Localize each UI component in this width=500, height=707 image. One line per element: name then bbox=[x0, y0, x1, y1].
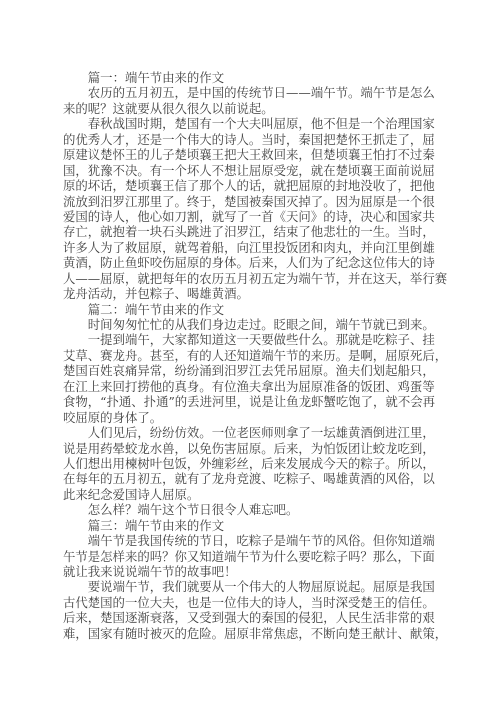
section-heading: 篇一：端午节由来的作文 bbox=[63, 70, 437, 85]
text-line: 午节是怎样来的吗？你又知道端午节为什么要吃粽子吗？那么，下面 bbox=[63, 549, 437, 564]
text-line: 在江上来回打捞他的真身。有位渔夫拿出为屈原准备的饭团、鸡蛋等 bbox=[63, 379, 437, 394]
section-heading: 篇二：端午节由来的作文 bbox=[63, 302, 437, 317]
text-line: 此来纪念爱国诗人屈原。 bbox=[63, 487, 437, 502]
text-line: 难，国家有随时被灭的危险。屈原非常焦虑，不断向楚王献计、献策， bbox=[63, 626, 437, 641]
text-line: 存亡，就抱着一块石头跳进了汨罗江，结束了他悲壮的一生。当时， bbox=[63, 224, 437, 239]
text-line: 艾草、赛龙舟。甚至，有的人还知道端午节的来历。是啊，屈原死后， bbox=[63, 348, 437, 363]
text-line: 后来，楚国逐渐衰落，又受到强大的秦国的侵犯，人民生活非常的艰 bbox=[63, 610, 437, 625]
text-line: 怎么样？端午这个节日很令人难忘吧。 bbox=[63, 502, 437, 517]
text-line: 农历的五月初五，是中国的传统节日——端午节。端午节是怎么 bbox=[63, 85, 437, 100]
text-line: 来的呢？这就要从很久很久以前说起。 bbox=[63, 101, 437, 116]
section-heading: 篇三：端午节由来的作文 bbox=[63, 518, 437, 533]
text-line: 人——屈原，就把每年的农历五月初五定为端午节，并在这天，举行赛 bbox=[63, 271, 437, 286]
text-line: 要说端午节，我们就要从一个伟大的人物屈原说起。屈原是我国 bbox=[63, 579, 437, 594]
document-body: 篇一：端午节由来的作文农历的五月初五，是中国的传统节日——端午节。端午节是怎么来… bbox=[63, 70, 437, 641]
text-line: 咬屈原的身体了。 bbox=[63, 410, 437, 425]
text-line: 说是用药晕蛟龙水兽，以免伤害屈原。后来，为怕饭团让蛟龙吃到， bbox=[63, 441, 437, 456]
text-line: 原的坏话，楚顷襄王信了那个人的话，就把屈原的封地没收了，把他 bbox=[63, 178, 437, 193]
text-line: 春秋战国时期，楚国有一个大夫叫屈原，他不但是一个治理国家 bbox=[63, 116, 437, 131]
text-line: 许多人为了救屈原，就驾着船，向江里投饭团和肉丸，并向江里倒雄 bbox=[63, 240, 437, 255]
text-line: 原建议楚怀王的儿子楚顷襄王把大王救回来，但楚顷襄王怕打不过秦 bbox=[63, 147, 437, 162]
text-line: 在每年的五月初五，就有了龙舟竞渡、吃粽子、喝雄黄酒的风俗，以 bbox=[63, 471, 437, 486]
text-line: 古代楚国的一位大夫，也是一位伟大的诗人，当时深受楚王的信任。 bbox=[63, 595, 437, 610]
text-line: 时间匆匆忙忙的从我们身边走过。眨眼之间，端午节就已到来。 bbox=[63, 317, 437, 332]
text-line: 一提到端午，大家都知道这一天要做些什么。那就是吃粽子、挂 bbox=[63, 332, 437, 347]
text-line: 端午节是我国传统的节日，吃粽子是端午节的风俗。但你知道端 bbox=[63, 533, 437, 548]
text-line: 黄酒，防止鱼虾咬伤屈原的身体。后来，人们为了纪念这位伟大的诗 bbox=[63, 255, 437, 270]
text-line: 国，犹豫不决。有一个坏人不想让屈原受宠，就在楚顷襄王面前说屈 bbox=[63, 163, 437, 178]
document-page: 篇一：端午节由来的作文农历的五月初五，是中国的传统节日——端午节。端午节是怎么来… bbox=[0, 0, 500, 707]
text-line: 人们见后，纷纷仿效。一位老医师则拿了一坛雄黄酒倒进江里， bbox=[63, 425, 437, 440]
text-line: 楚国百姓哀痛异常，纷纷涌到汨罗江去凭吊屈原。渔夫们划起船只， bbox=[63, 363, 437, 378]
text-line: 人们想出用楝树叶包饭，外缠彩丝，后来发展成今天的粽子。所以， bbox=[63, 456, 437, 471]
text-line: 爱国的诗人，他心如刀割，就写了一首《天问》的诗，决心和国家共 bbox=[63, 209, 437, 224]
text-line: 流放到汨罗江那里了。终于，楚国被秦国灭掉了。因为屈原是一个很 bbox=[63, 194, 437, 209]
text-line: 食物，“扑通、扑通”的丢进河里，说是让鱼龙虾蟹吃饱了，就不会再 bbox=[63, 394, 437, 409]
text-line: 就让我来说说端午节的故事吧！ bbox=[63, 564, 437, 579]
text-line: 的优秀人才，还是一个伟大的诗人。当时，秦国把楚怀王抓走了，屈 bbox=[63, 132, 437, 147]
text-line: 龙舟活动，并包粽子、喝雄黄酒。 bbox=[63, 286, 437, 301]
